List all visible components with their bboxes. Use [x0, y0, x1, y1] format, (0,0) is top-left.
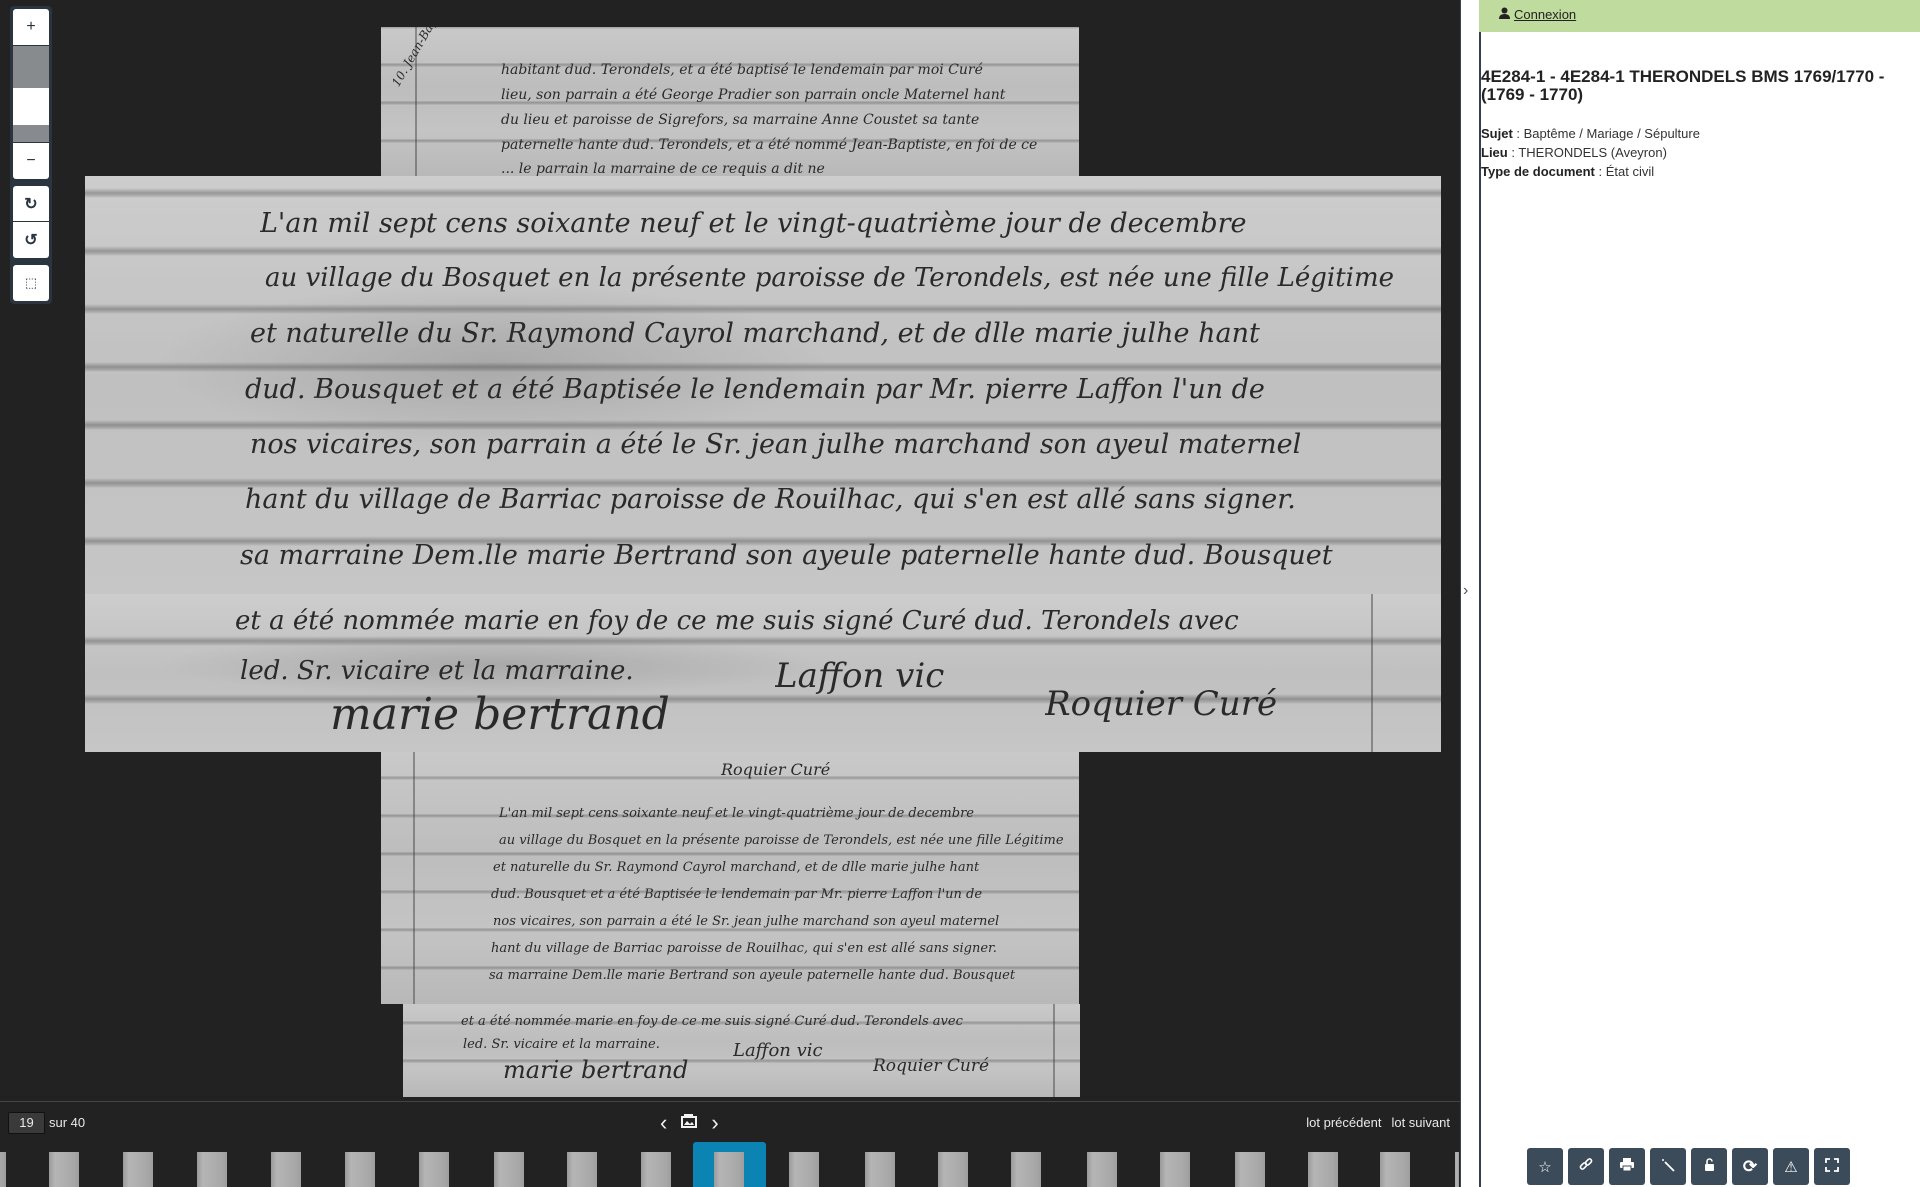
main-line-5: nos vicaires, son parrain a été le Sr. j…	[250, 429, 1441, 460]
thumbnail[interactable]	[197, 1152, 227, 1187]
refresh-button[interactable]: ⟳	[1732, 1148, 1768, 1185]
document-details: 4E284-1 - 4E284-1 THERONDELS BMS 1769/17…	[1481, 68, 1902, 181]
panel-toggle[interactable]: ›	[1461, 0, 1479, 1187]
select-area-icon: ⬚	[25, 275, 37, 291]
page-number-input[interactable]: 19	[8, 1112, 45, 1134]
thumbnail[interactable]	[49, 1152, 79, 1187]
meta-value: THERONDELS (Aveyron)	[1518, 145, 1667, 160]
fullscreen-button[interactable]	[1814, 1148, 1850, 1185]
warning-icon: ⚠	[1784, 1158, 1797, 1176]
viewer-controls: + − ↻ ↺ ⬚	[10, 6, 52, 304]
thumbnail[interactable]	[641, 1152, 671, 1187]
main-line-6: hant du village de Barriac paroisse de R…	[245, 484, 1441, 515]
document-actions: ☆ ⟳ ⚠	[1527, 1148, 1850, 1185]
page-tile-lower: Roquier Curé L'an mil sept cens soixante…	[381, 752, 1079, 1004]
previous-lot-link[interactable]: lot précédent	[1306, 1115, 1381, 1130]
top-page-line-3: du lieu et paroisse de Sigrefors, sa mar…	[501, 112, 1079, 128]
zoomed-region-signatures: et a été nommée marie en foy de ce me su…	[85, 594, 1441, 752]
bottom-line-1: et a été nommée marie en foy de ce me su…	[461, 1014, 1080, 1029]
meta-place: Lieu : THERONDELS (Aveyron)	[1481, 143, 1902, 162]
lower-line-5: nos vicaires, son parrain a été le Sr. j…	[493, 914, 1079, 929]
thumbnail[interactable]	[1235, 1152, 1265, 1187]
login-label: Connexion	[1514, 7, 1576, 22]
lower-line-3: et naturelle du Sr. Raymond Cayrol march…	[493, 860, 1079, 875]
thumbnail[interactable]	[1308, 1152, 1338, 1187]
chevron-right-icon[interactable]: ›	[1463, 582, 1468, 600]
page-total-label: sur 40	[49, 1115, 85, 1130]
thumbnail[interactable]	[938, 1152, 968, 1187]
lot-navigation: lot précédent lot suivant	[1306, 1115, 1450, 1130]
tools-button[interactable]	[1650, 1148, 1686, 1185]
unlock-button[interactable]	[1691, 1148, 1727, 1185]
meta-value: État civil	[1606, 164, 1654, 179]
main-line-1: L'an mil sept cens soixante neuf et le v…	[260, 208, 1441, 239]
document-info-panel: › Connexion 4E284-1 - 4E284-1 THERONDELS…	[1460, 0, 1920, 1187]
login-link[interactable]: Connexion	[1499, 7, 1576, 22]
top-page-line-5: ... le parrain la marraine de ce requis …	[501, 161, 1079, 177]
refresh-icon: ⟳	[1743, 1157, 1757, 1177]
lower-line-1: L'an mil sept cens soixante neuf et le v…	[499, 806, 1079, 821]
thumbnail[interactable]	[1380, 1152, 1410, 1187]
thumbnail[interactable]	[271, 1152, 301, 1187]
thumbnail[interactable]	[1160, 1152, 1190, 1187]
main-line-7: sa marraine Dem.lle marie Bertrand son a…	[240, 540, 1441, 571]
link-icon	[1579, 1158, 1593, 1176]
permalink-button[interactable]	[1568, 1148, 1604, 1185]
thumbnail-selected[interactable]	[714, 1152, 744, 1187]
rotate-left-button[interactable]: ↺	[13, 222, 49, 258]
user-icon	[1499, 7, 1510, 22]
thumbnail[interactable]	[789, 1152, 819, 1187]
favorite-button[interactable]: ☆	[1527, 1148, 1563, 1185]
thumbnail[interactable]	[865, 1152, 895, 1187]
thumbnail[interactable]	[1087, 1152, 1117, 1187]
signature-marraine: marie bertrand	[330, 689, 670, 740]
unlock-icon	[1704, 1158, 1715, 1175]
report-problem-button[interactable]: ⚠	[1773, 1148, 1809, 1185]
lower-line-2: au village du Bosquet en la présente par…	[499, 833, 1079, 848]
main-line-3: et naturelle du Sr. Raymond Cayrol march…	[250, 318, 1441, 349]
rotate-right-icon: ↻	[24, 194, 37, 214]
page-nav-controls: ‹ ›	[660, 1110, 719, 1136]
rotate-left-icon: ↺	[24, 230, 37, 250]
zoomed-region-main: L'an mil sept cens soixante neuf et le v…	[85, 176, 1441, 594]
previous-page-icon[interactable]: ‹	[660, 1110, 667, 1136]
thumbnail[interactable]	[1455, 1152, 1459, 1187]
magic-wand-icon	[1661, 1158, 1675, 1176]
lower-line-4: dud. Bousquet et a été Baptisée le lende…	[491, 887, 1079, 902]
top-page-line-1: habitant dud. Terondels, et a été baptis…	[501, 62, 1079, 78]
zoom-in-button[interactable]: +	[13, 9, 49, 45]
lower-line-6: hant du village de Barriac paroisse de R…	[491, 941, 1079, 956]
bottom-signature-vicaire: Laffon vic	[733, 1040, 823, 1061]
thumbnail[interactable]	[123, 1152, 153, 1187]
rotate-right-button[interactable]: ↻	[13, 186, 49, 222]
top-page-line-2: lieu, son parrain a été George Pradier s…	[501, 87, 1079, 103]
zoom-slider[interactable]	[13, 45, 49, 143]
page-tile-bottom: et a été nommée marie en foy de ce me su…	[403, 1004, 1080, 1097]
meta-document-type: Type de document : État civil	[1481, 162, 1902, 181]
thumbnail[interactable]	[345, 1152, 375, 1187]
select-area-button[interactable]: ⬚	[13, 265, 49, 301]
main-line-4: dud. Bousquet et a été Baptisée le lende…	[245, 374, 1441, 405]
archive-viewer-app: 10. Jean-Baptiste habitant dud. Terondel…	[0, 0, 1920, 1187]
meta-label: Type de document	[1481, 164, 1595, 179]
panel-header: Connexion	[1479, 0, 1920, 32]
next-page-icon[interactable]: ›	[711, 1110, 718, 1136]
signature-cure: Roquier Curé	[1045, 684, 1277, 724]
fullscreen-icon	[1825, 1158, 1839, 1176]
thumbnail[interactable]	[0, 1152, 6, 1187]
bottom-signature-cure: Roquier Curé	[873, 1056, 989, 1076]
meta-subject: Sujet : Baptême / Mariage / Sépulture	[1481, 124, 1902, 143]
zoom-slider-handle[interactable]	[13, 88, 49, 125]
meta-label: Lieu	[1481, 145, 1508, 160]
sig-band-line-1: et a été nommée marie en foy de ce me su…	[235, 606, 1441, 636]
image-viewer[interactable]: 10. Jean-Baptiste habitant dud. Terondel…	[0, 0, 1460, 1187]
document-title: 4E284-1 - 4E284-1 THERONDELS BMS 1769/17…	[1481, 68, 1902, 104]
page-tile-top: 10. Jean-Baptiste habitant dud. Terondel…	[381, 27, 1079, 177]
lower-line-7: sa marraine Dem.lle marie Bertrand son a…	[489, 968, 1079, 983]
page-navigation-bar: 19 sur 40 ‹ › lot précédent lot suivant	[0, 1101, 1460, 1187]
thumbnail[interactable]	[1011, 1152, 1041, 1187]
main-line-2: au village du Bosquet en la présente par…	[265, 263, 1441, 293]
meta-value: Baptême / Mariage / Sépulture	[1524, 126, 1700, 141]
next-lot-link[interactable]: lot suivant	[1391, 1115, 1450, 1130]
gallery-icon[interactable]	[681, 1114, 697, 1133]
meta-label: Sujet	[1481, 126, 1513, 141]
top-page-line-4: paternelle hante dud. Terondels, et a ét…	[501, 137, 1079, 153]
printer-icon	[1620, 1158, 1634, 1175]
thumbnail[interactable]	[567, 1152, 597, 1187]
thumbnail[interactable]	[419, 1152, 449, 1187]
thumbnail-strip[interactable]	[0, 1142, 1460, 1187]
zoom-out-button[interactable]: −	[13, 143, 49, 179]
signature-vicaire: Laffon vic	[775, 656, 944, 696]
print-button[interactable]	[1609, 1148, 1645, 1185]
bottom-signature-marraine: marie bertrand	[503, 1056, 688, 1084]
lower-signature-cure: Roquier Curé	[721, 760, 830, 779]
star-icon: ☆	[1538, 1158, 1551, 1176]
thumbnail[interactable]	[494, 1152, 524, 1187]
